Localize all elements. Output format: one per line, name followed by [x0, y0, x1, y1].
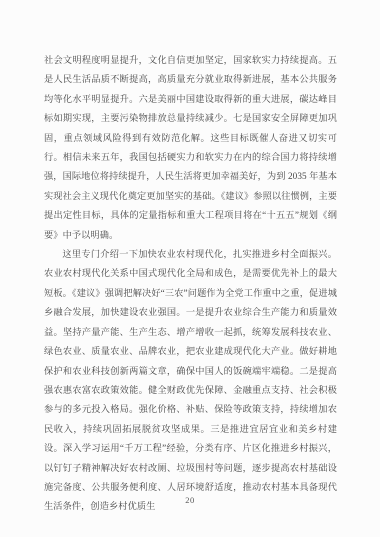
paragraph-continued: 社会文明程度明显提升，文化自信更加坚定，国家软实力持续提高。五是人民生活品质不断… — [44, 51, 337, 245]
page-number: 20 — [0, 495, 380, 505]
paragraph-rural-modernization: 这里专门介绍一下加快农业农村现代化，扎实推进乡村全面振兴。农业农村现代化关系中国… — [44, 245, 337, 517]
page-body-text: 社会文明程度明显提升，文化自信更加坚定，国家软实力持续提高。五是人民生活品质不断… — [44, 51, 337, 517]
document-page: 社会文明程度明显提升，文化自信更加坚定，国家软实力持续提高。五是人民生活品质不断… — [0, 0, 380, 537]
